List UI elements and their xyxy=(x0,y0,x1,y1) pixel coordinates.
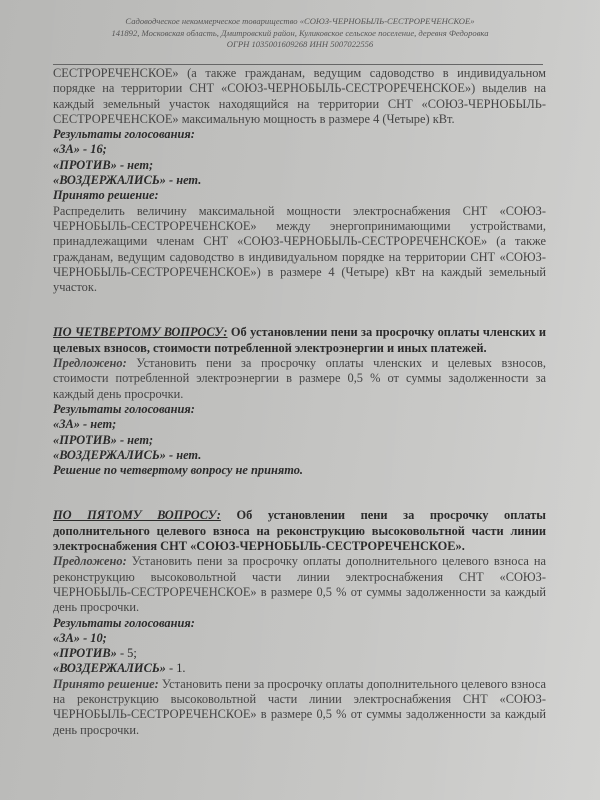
section4-decision: Решение по четвертому вопросу не принято… xyxy=(53,463,546,478)
section4-proposed: Предложено: Установить пени за просрочку… xyxy=(53,356,546,402)
section4-proposed-label: Предложено: xyxy=(53,356,127,370)
section4-vote-for: «ЗА» - нет; xyxy=(53,417,546,432)
section5-vote-abstain-label: «ВОЗДЕРЖАЛИСЬ» xyxy=(53,661,166,675)
section3-vote-for: «ЗА» - 16; xyxy=(53,142,546,157)
section5-vote-for: «ЗА» - 10; xyxy=(53,631,546,646)
section5-vote-against-label: «ПРОТИВ» xyxy=(53,646,117,660)
section3-decision-text: Распределить величину максимальной мощно… xyxy=(53,204,546,296)
letterhead-registration: ОГРН 1035001609268 ИНН 5007022556 xyxy=(60,39,540,51)
letterhead-divider xyxy=(53,64,543,65)
letterhead-org-name: Садоводческое некоммерческое товариществ… xyxy=(60,16,540,28)
section5-decision-label: Принято решение: xyxy=(53,677,159,691)
section5-vote-against-value: - 5; xyxy=(117,646,137,660)
section5-vote-abstain: «ВОЗДЕРЖАЛИСЬ» - 1. xyxy=(53,661,546,676)
section3-results-label: Результаты голосования: xyxy=(53,127,546,142)
document-body: СЕСТРОРЕЧЕНСКОЕ» (а также гражданам, вед… xyxy=(53,66,546,738)
section4-vote-against: «ПРОТИВ» - нет; xyxy=(53,433,546,448)
section4-vote-abstain: «ВОЗДЕРЖАЛИСЬ» - нет. xyxy=(53,448,546,463)
section5-decision: Принято решение: Установить пени за прос… xyxy=(53,677,546,738)
section5-proposed-text: Установить пени за просрочку оплаты допо… xyxy=(53,554,546,614)
section4-proposed-text: Установить пени за просрочку оплаты член… xyxy=(53,356,546,401)
section5-vote-abstain-value: - 1. xyxy=(166,661,186,675)
section5-results-label: Результаты голосования: xyxy=(53,616,546,631)
section4-heading: ПО ЧЕТВЕРТОМУ ВОПРОСУ: Об установлении п… xyxy=(53,325,546,356)
section5-vote-for-label: «ЗА» xyxy=(53,631,80,645)
section4-heading-label: ПО ЧЕТВЕРТОМУ ВОПРОСУ: xyxy=(53,325,228,339)
document-page: Садоводческое некоммерческое товариществ… xyxy=(0,0,600,800)
section5-vote-for-value: - 10; xyxy=(80,631,107,645)
section3-vote-against: «ПРОТИВ» - нет; xyxy=(53,158,546,173)
letterhead: Садоводческое некоммерческое товариществ… xyxy=(60,16,540,51)
section5-heading: ПО ПЯТОМУ ВОПРОСУ: Об установлении пени … xyxy=(53,508,546,554)
section5-vote-against: «ПРОТИВ» - 5; xyxy=(53,646,546,661)
letterhead-address: 141892, Московская область, Дмитровский … xyxy=(60,28,540,40)
section5-proposed-label: Предложено: xyxy=(53,554,127,568)
section3-decision-label: Принято решение: xyxy=(53,188,546,203)
section3-vote-abstain: «ВОЗДЕРЖАЛИСЬ» - нет. xyxy=(53,173,546,188)
section5-proposed: Предложено: Установить пени за просрочку… xyxy=(53,554,546,615)
section3-text: СЕСТРОРЕЧЕНСКОЕ» (а также гражданам, вед… xyxy=(53,66,546,127)
section5-heading-label: ПО ПЯТОМУ ВОПРОСУ: xyxy=(53,508,221,522)
section4-results-label: Результаты голосования: xyxy=(53,402,546,417)
